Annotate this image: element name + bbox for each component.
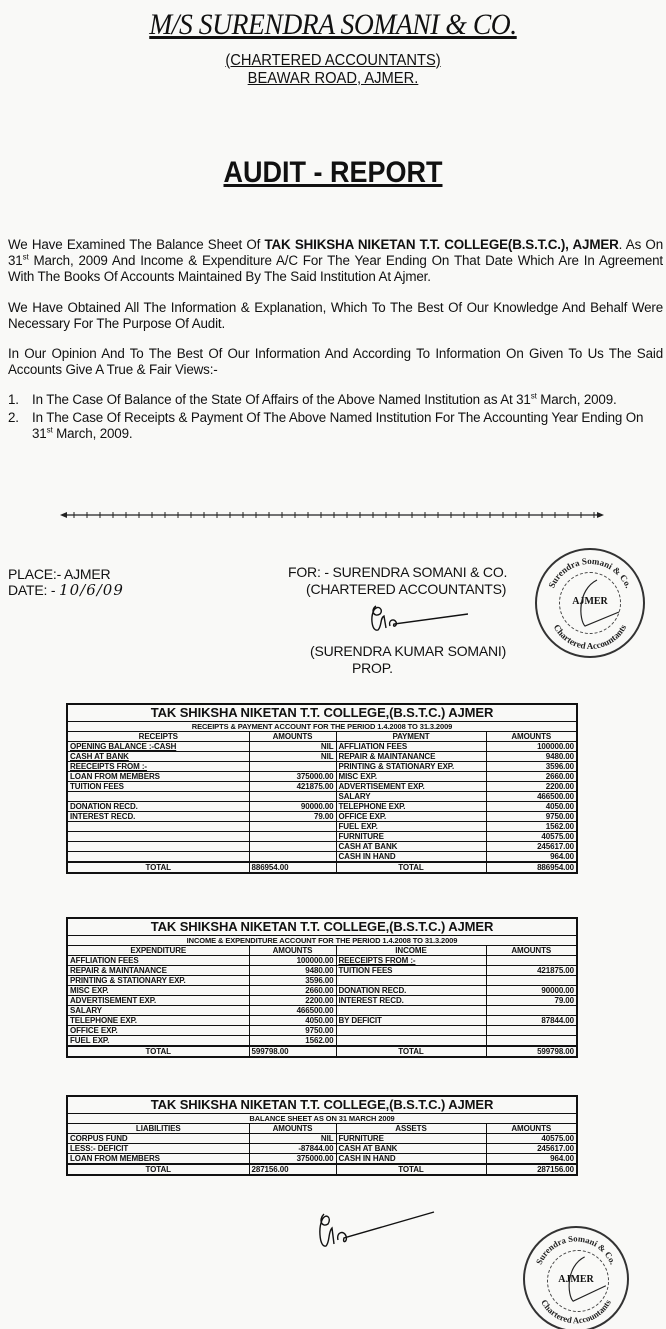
table-row: CASH IN HAND964.00 <box>67 852 577 863</box>
table-title: TAK SHIKSHA NIKETAN T.T. COLLEGE,(B.S.T.… <box>67 918 577 936</box>
label-cell: TELEPHONE EXP. <box>67 1016 249 1026</box>
amount-cell <box>486 976 577 986</box>
label-cell: CASH AT BANK <box>336 842 486 852</box>
firm-stamp-bottom: AJMER Surendra Somani & Co. Chartered Ac… <box>523 1226 629 1329</box>
label-cell: OFFICE EXP. <box>336 812 486 822</box>
label-cell: FURNITURE <box>336 832 486 842</box>
amount-cell: 9480.00 <box>486 752 577 762</box>
label-cell: LOAN FROM MEMBERS <box>67 1154 249 1165</box>
column-header: EXPENDITURE <box>67 946 249 956</box>
label-cell <box>67 792 249 802</box>
table-subtitle: BALANCE SHEET AS ON 31 MARCH 2009 <box>67 1114 577 1124</box>
total-label: TOTAL <box>67 1046 249 1057</box>
label-cell: CASH AT BANK <box>336 1144 486 1154</box>
amount-cell <box>249 792 336 802</box>
table-row: REECEIPTS FROM :-PRINTING & STATIONARY E… <box>67 762 577 772</box>
amount-cell <box>249 852 336 863</box>
amount-cell: NIL <box>249 752 336 762</box>
label-cell <box>67 852 249 863</box>
label-cell: PRINTING & STATIONARY EXP. <box>67 976 249 986</box>
signature-icon <box>368 600 468 636</box>
column-header: LIABILITIES <box>67 1124 249 1134</box>
amount-cell: 4050.00 <box>486 802 577 812</box>
amount-cell: 375000.00 <box>249 772 336 782</box>
label-cell: SALARY <box>336 792 486 802</box>
amount-cell: -87844.00 <box>249 1144 336 1154</box>
amount-cell <box>486 1036 577 1047</box>
label-cell: DONATION RECD. <box>336 986 486 996</box>
total-amount: 599798.00 <box>249 1046 336 1057</box>
label-cell: CASH AT BANK <box>67 752 249 762</box>
total-label: TOTAL <box>336 1164 486 1175</box>
label-cell <box>336 1036 486 1047</box>
svg-text:Chartered Accountants: Chartered Accountants <box>539 1297 613 1325</box>
amount-cell: 245617.00 <box>486 842 577 852</box>
amount-cell: NIL <box>249 1134 336 1144</box>
label-cell: PRINTING & STATIONARY EXP. <box>336 762 486 772</box>
amount-cell: 4050.00 <box>249 1016 336 1026</box>
total-label: TOTAL <box>336 862 486 873</box>
firm-name: M/S SURENDRA SOMANI & CO. <box>27 8 640 42</box>
paragraph-opinion: In Our Opinion And To The Best Of Our In… <box>8 346 663 378</box>
column-header: AMOUNTS <box>486 946 577 956</box>
amount-cell: 421875.00 <box>249 782 336 792</box>
table-row: TUITION FEES421875.00ADVERTISEMENT EXP.2… <box>67 782 577 792</box>
amount-cell: 90000.00 <box>249 802 336 812</box>
amount-cell: 87844.00 <box>486 1016 577 1026</box>
for-firm: FOR: - SURENDRA SOMANI & CO. <box>288 564 507 580</box>
table-row: LOAN FROM MEMBERS375000.00CASH IN HAND96… <box>67 1154 577 1165</box>
amount-cell <box>249 822 336 832</box>
label-cell: CASH IN HAND <box>336 1154 486 1165</box>
amount-cell: 100000.00 <box>249 956 336 966</box>
amount-cell: 245617.00 <box>486 1144 577 1154</box>
table-row: LOAN FROM MEMBERS375000.00MISC EXP.2660.… <box>67 772 577 782</box>
firm-stamp: AJMER Surendra Somani & Co. Chartered Ac… <box>535 548 645 658</box>
label-cell: MISC EXP. <box>67 986 249 996</box>
total-amount: 599798.00 <box>486 1046 577 1057</box>
paragraph-examined: We Have Examined The Balance Sheet Of TA… <box>8 237 663 285</box>
label-cell: AFFLIATION FEES <box>336 742 486 752</box>
column-header: RECEIPTS <box>67 732 249 742</box>
signatory-role: PROP. <box>352 660 393 676</box>
amount-cell <box>249 832 336 842</box>
signatory-name: (SURENDRA KUMAR SOMANI) <box>310 643 506 659</box>
label-cell: CORPUS FUND <box>67 1134 249 1144</box>
amount-cell: 1562.00 <box>249 1036 336 1047</box>
total-label: TOTAL <box>336 1046 486 1057</box>
date-line: DATE: - 10/6/09 <box>8 582 124 598</box>
amount-cell: 79.00 <box>249 812 336 822</box>
amount-cell: 466500.00 <box>249 1006 336 1016</box>
table-row: ADVERTISEMENT EXP.2200.00INTEREST RECD.7… <box>67 996 577 1006</box>
table-row: LESS:- DEFICIT-87844.00CASH AT BANK24561… <box>67 1144 577 1154</box>
label-cell: AFFLIATION FEES <box>67 956 249 966</box>
paragraph-information: We Have Obtained All The Information & E… <box>8 300 663 332</box>
label-cell <box>67 842 249 852</box>
table-row: INTEREST RECD.79.00OFFICE EXP.9750.00 <box>67 812 577 822</box>
handwritten-date: 10/6/09 <box>59 581 124 599</box>
opinion-list: 1.In The Case Of Balance of the State Of… <box>8 392 663 444</box>
label-cell: FUEL EXP. <box>336 822 486 832</box>
amount-cell: 375000.00 <box>249 1154 336 1165</box>
label-cell: LOAN FROM MEMBERS <box>67 772 249 782</box>
table-row: FUEL EXP.1562.00 <box>67 1036 577 1047</box>
label-cell: REPAIR & MAINTANANCE <box>336 752 486 762</box>
amount-cell <box>486 956 577 966</box>
amount-cell: 421875.00 <box>486 966 577 976</box>
label-cell: REECEIPTS FROM :- <box>67 762 249 772</box>
label-cell: ADVERTISEMENT EXP. <box>336 782 486 792</box>
label-cell <box>336 1026 486 1036</box>
amount-cell: 964.00 <box>486 1154 577 1165</box>
table-row: TELEPHONE EXP.4050.00BY DEFICIT87844.00 <box>67 1016 577 1026</box>
label-cell: ADVERTISEMENT EXP. <box>67 996 249 1006</box>
amount-cell: 2200.00 <box>486 782 577 792</box>
column-header: ASSETS <box>336 1124 486 1134</box>
firm-designation: (CHARTERED ACCOUNTANTS) <box>27 52 640 70</box>
column-header: INCOME <box>336 946 486 956</box>
label-cell: FUEL EXP. <box>67 1036 249 1047</box>
column-header: AMOUNTS <box>486 1124 577 1134</box>
label-cell: MISC EXP. <box>336 772 486 782</box>
label-cell: BY DEFICIT <box>336 1016 486 1026</box>
total-amount: 287156.00 <box>486 1164 577 1175</box>
amount-cell <box>249 842 336 852</box>
table-row: PRINTING & STATIONARY EXP.3596.00 <box>67 976 577 986</box>
income-expenditure-table: TAK SHIKSHA NIKETAN T.T. COLLEGE,(B.S.T.… <box>66 917 578 1058</box>
table-row: AFFLIATION FEES100000.00REECEIPTS FROM :… <box>67 956 577 966</box>
column-header: AMOUNTS <box>486 732 577 742</box>
amount-cell <box>249 762 336 772</box>
amount-cell: 3596.00 <box>249 976 336 986</box>
table-row: REPAIR & MAINTANANCE9480.00TUITION FEES4… <box>67 966 577 976</box>
amount-cell: 9480.00 <box>249 966 336 976</box>
amount-cell: 466500.00 <box>486 792 577 802</box>
table-subtitle: INCOME & EXPENDITURE ACCOUNT FOR THE PER… <box>67 936 577 946</box>
institution-name: TAK SHIKSHA NIKETAN T.T. COLLEGE(B.S.T.C… <box>265 237 619 252</box>
amount-cell: 964.00 <box>486 852 577 863</box>
label-cell <box>336 1006 486 1016</box>
total-label: TOTAL <box>67 862 249 873</box>
for-designation: (CHARTERED ACCOUNTANTS) <box>306 581 506 597</box>
label-cell: INTEREST RECD. <box>336 996 486 1006</box>
amount-cell <box>486 1006 577 1016</box>
table-row: SALARY466500.00 <box>67 792 577 802</box>
amount-cell: NIL <box>249 742 336 752</box>
table-row: CASH AT BANKNILREPAIR & MAINTANANCE9480.… <box>67 752 577 762</box>
amount-cell: 1562.00 <box>486 822 577 832</box>
label-cell: REPAIR & MAINTANANCE <box>67 966 249 976</box>
receipts-payment-table: TAK SHIKSHA NIKETAN T.T. COLLEGE,(B.S.T.… <box>66 703 578 874</box>
amount-cell: 79.00 <box>486 996 577 1006</box>
table-row: OFFICE EXP.9750.00 <box>67 1026 577 1036</box>
column-header: AMOUNTS <box>249 732 336 742</box>
label-cell: LESS:- DEFICIT <box>67 1144 249 1154</box>
total-amount: 886954.00 <box>249 862 336 873</box>
table-row: FURNITURE40575.00 <box>67 832 577 842</box>
total-amount: 287156.00 <box>249 1164 336 1175</box>
label-cell: DONATION RECD. <box>67 802 249 812</box>
amount-cell: 2660.00 <box>486 772 577 782</box>
label-cell: OPENING BALANCE :-CASH <box>67 742 249 752</box>
arrow-divider <box>60 509 604 521</box>
label-cell: SALARY <box>67 1006 249 1016</box>
label-cell: REECEIPTS FROM :- <box>336 956 486 966</box>
report-title: AUDIT - REPORT <box>33 156 632 190</box>
column-header: AMOUNTS <box>249 946 336 956</box>
table-row: CASH AT BANK245617.00 <box>67 842 577 852</box>
bottom-signature-icon <box>316 1208 436 1252</box>
amount-cell: 3596.00 <box>486 762 577 772</box>
amount-cell: 40575.00 <box>486 832 577 842</box>
opinion-item: 1.In The Case Of Balance of the State Of… <box>8 392 663 408</box>
column-header: AMOUNTS <box>249 1124 336 1134</box>
table-row: MISC EXP.2660.00DONATION RECD.90000.00 <box>67 986 577 996</box>
svg-text:Surendra Somani & Co.: Surendra Somani & Co. <box>534 1233 618 1266</box>
label-cell: INTEREST RECD. <box>67 812 249 822</box>
amount-cell: 2660.00 <box>249 986 336 996</box>
label-cell: TUITION FEES <box>336 966 486 976</box>
amount-cell: 2200.00 <box>249 996 336 1006</box>
amount-cell: 9750.00 <box>249 1026 336 1036</box>
label-cell <box>336 976 486 986</box>
table-title: TAK SHIKSHA NIKETAN T.T. COLLEGE,(B.S.T.… <box>67 704 577 722</box>
table-subtitle: RECEIPTS & PAYMENT ACCOUNT FOR THE PERIO… <box>67 722 577 732</box>
svg-text:Chartered Accountants: Chartered Accountants <box>552 622 629 651</box>
table-title: TAK SHIKSHA NIKETAN T.T. COLLEGE,(B.S.T.… <box>67 1096 577 1114</box>
label-cell <box>67 822 249 832</box>
table-row: OPENING BALANCE :-CASHNILAFFLIATION FEES… <box>67 742 577 752</box>
amount-cell <box>486 1026 577 1036</box>
amount-cell: 40575.00 <box>486 1134 577 1144</box>
amount-cell: 90000.00 <box>486 986 577 996</box>
table-row: CORPUS FUNDNILFURNITURE40575.00 <box>67 1134 577 1144</box>
table-row: DONATION RECD.90000.00TELEPHONE EXP.4050… <box>67 802 577 812</box>
label-cell: OFFICE EXP. <box>67 1026 249 1036</box>
total-label: TOTAL <box>67 1164 249 1175</box>
balance-sheet-table: TAK SHIKSHA NIKETAN T.T. COLLEGE,(B.S.T.… <box>66 1095 578 1176</box>
label-cell: CASH IN HAND <box>336 852 486 863</box>
label-cell: TUITION FEES <box>67 782 249 792</box>
amount-cell: 9750.00 <box>486 812 577 822</box>
opinion-item: 2.In The Case Of Receipts & Payment Of T… <box>8 410 663 442</box>
total-amount: 886954.00 <box>486 862 577 873</box>
place-label: PLACE:- AJMER <box>8 566 110 582</box>
column-header: PAYMENT <box>336 732 486 742</box>
label-cell: TELEPHONE EXP. <box>336 802 486 812</box>
label-cell: FURNITURE <box>336 1134 486 1144</box>
label-cell <box>67 832 249 842</box>
table-row: FUEL EXP.1562.00 <box>67 822 577 832</box>
table-row: SALARY466500.00 <box>67 1006 577 1016</box>
amount-cell: 100000.00 <box>486 742 577 752</box>
firm-address: BEAWAR ROAD, AJMER. <box>27 70 640 88</box>
